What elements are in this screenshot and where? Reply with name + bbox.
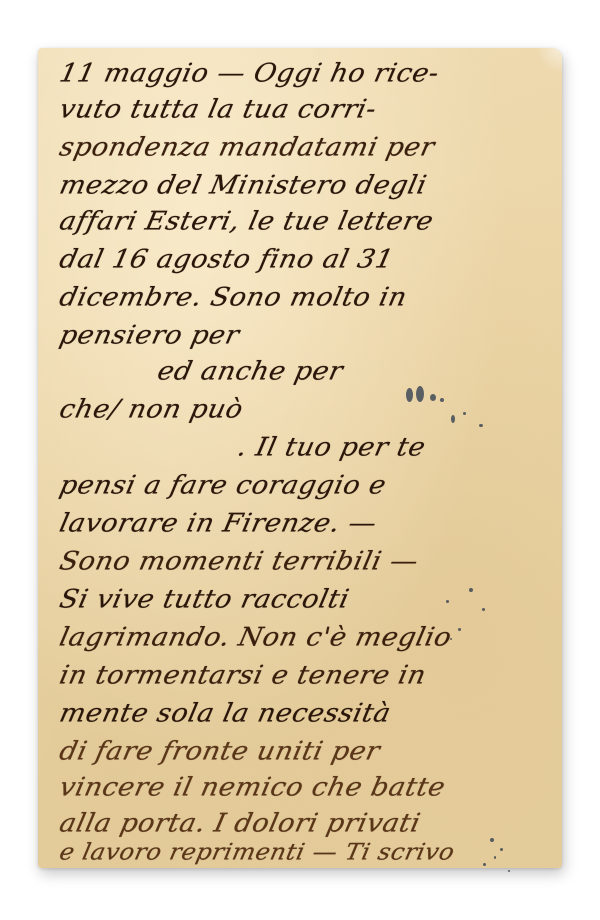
- handwriting-line-21: alla porta. I dolori privati: [57, 809, 423, 838]
- handwriting-line-14: Sono momenti terribili —: [57, 547, 421, 576]
- handwriting-line-3: spondenza mandatami per: [57, 133, 438, 162]
- worn-corner: [536, 48, 562, 74]
- postcard: 11 maggio — Oggi ho rice- vuto tutta la …: [38, 48, 562, 868]
- handwriting-line-11: . Il tuo per te: [235, 433, 428, 462]
- handwriting-line-22: e lavoro reprimenti — Ti scrivo: [57, 839, 457, 866]
- handwriting-line-20: vincere il nemico che batte: [57, 773, 448, 802]
- handwriting-line-16: lagrimando. Non c'è meglio: [57, 623, 454, 652]
- handwriting-line-13: lavorare in Firenze. —: [57, 509, 380, 538]
- handwriting-line-7: dicembre. Sono molto in: [57, 283, 410, 312]
- handwriting-line-1: 11 maggio — Oggi ho rice-: [57, 59, 442, 88]
- handwriting-line-12: pensi a fare coraggio e: [57, 471, 389, 500]
- handwriting-line-10: che/ non può: [57, 395, 246, 424]
- handwriting-line-19: di fare fronte uniti per: [57, 737, 383, 766]
- handwriting-line-9: ed anche per: [155, 357, 346, 386]
- handwriting-line-2: vuto tutta la tua corri-: [57, 95, 379, 124]
- handwriting-line-17: in tormentarsi e tenere in: [57, 661, 429, 690]
- handwriting-line-6: dal 16 agosto fino al 31: [57, 245, 397, 274]
- handwriting-line-4: mezzo del Ministero degli: [57, 171, 430, 200]
- handwriting-line-5: affari Esteri, le tue lettere: [57, 207, 436, 236]
- handwriting-line-18: mente sola la necessità: [57, 699, 394, 728]
- handwriting-line-15: Si vive tutto raccolti: [57, 585, 352, 614]
- handwriting-line-8: pensiero per: [57, 321, 242, 350]
